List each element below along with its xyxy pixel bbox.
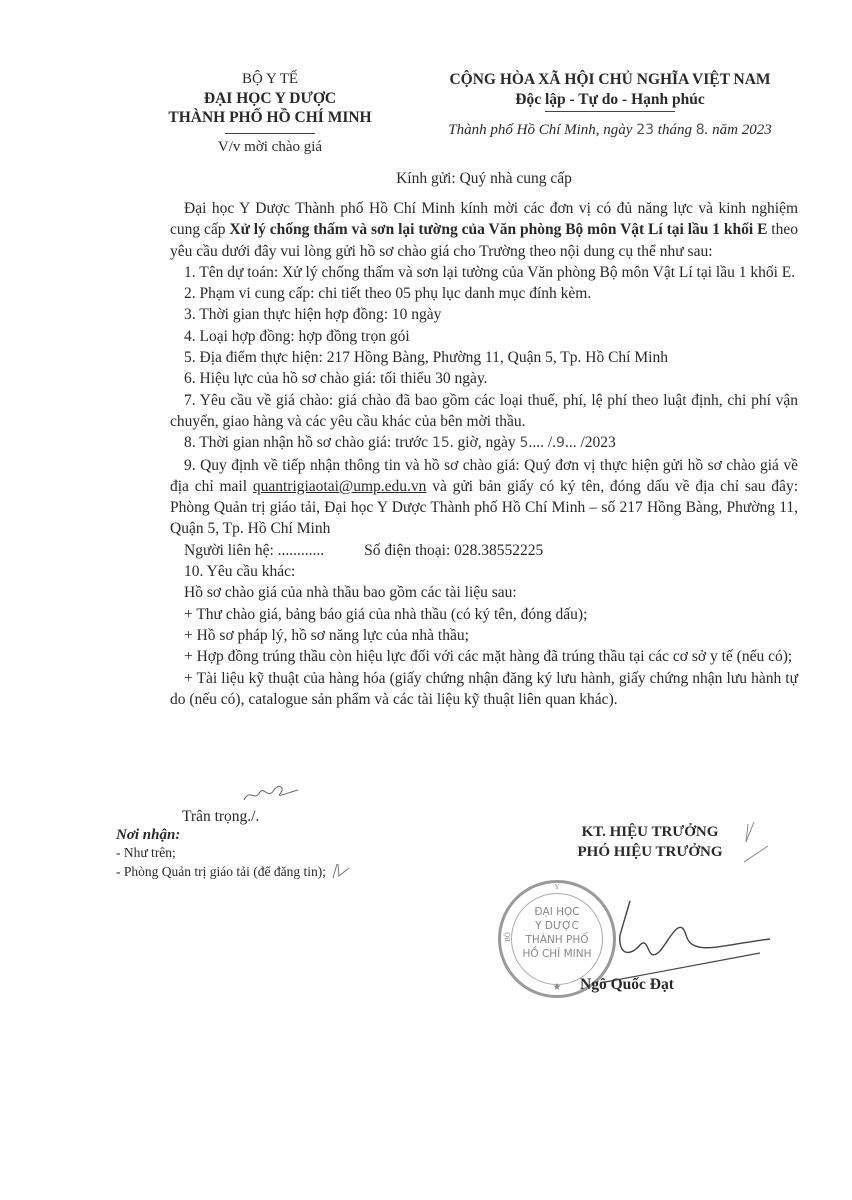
signer-title-line2: PHÓ HIỆU TRƯỞNG <box>540 842 760 862</box>
project-title: Xử lý chống thấm và sơn lại tường của Vă… <box>229 221 767 238</box>
stamp-text: ĐẠI HỌC Y DƯỢC THÀNH PHỐ HỒ CHÍ MINH <box>501 905 613 961</box>
date-year: . năm 2023 <box>705 122 772 138</box>
signer-title: KT. HIỆU TRƯỞNG PHÓ HIỆU TRƯỞNG <box>540 822 760 862</box>
date-month-handwritten: 8 <box>696 122 705 138</box>
contact-row: Người liên hệ: ............ Số điện thoạ… <box>170 540 798 561</box>
item-8-label: 8. Thời gian nhận hồ sơ chào giá: trước <box>184 434 432 451</box>
intro-paragraph: Đại học Y Dược Thành phố Hồ Chí Minh kín… <box>170 198 798 262</box>
ministry-name: BỘ Y TẾ <box>150 70 390 89</box>
email-link[interactable]: quantrigiaotai@ump.edu.vn <box>253 478 427 495</box>
closing: Trân trọng./. <box>182 808 259 826</box>
stamp-top-text: Y <box>501 883 613 891</box>
national-header: CỘNG HÒA XÃ HỘI CHỦ NGHĨA VIỆT NAM Độc l… <box>420 70 800 140</box>
recipient-item: - Như trên; <box>116 844 351 862</box>
item-8-sep: .... /. <box>528 434 556 451</box>
deadline-month-handwritten: 9 <box>556 435 565 451</box>
item-8: 8. Thời gian nhận hồ sơ chào giá: trước … <box>170 432 798 454</box>
recipient-item-text: - Phòng Quản trị giáo tải (để đăng tin); <box>116 864 326 879</box>
date-month-label: tháng <box>654 122 696 138</box>
item-1: 1. Tên dự toán: Xử lý chống thấm và sơn … <box>170 262 798 283</box>
stamp-line: HỒ CHÍ MINH <box>501 947 613 961</box>
required-doc: + Hồ sơ pháp lý, hồ sơ năng lực của nhà … <box>170 625 798 646</box>
required-doc: + Tài liệu kỹ thuật của hàng hóa (giấy c… <box>170 668 798 711</box>
deadline-hour-handwritten: 15 <box>432 435 450 451</box>
document-subject: V/v mời chào giá <box>150 138 390 157</box>
recipients-block: Nơi nhận: - Như trên; - Phòng Quản trị g… <box>116 826 351 881</box>
stamp-line: Y DƯỢC <box>501 919 613 933</box>
country-name: CỘNG HÒA XÃ HỘI CHỦ NGHĨA VIỆT NAM <box>420 70 800 90</box>
stamp-line: THÀNH PHỐ <box>501 933 613 947</box>
item-8-mid: . giờ, ngày <box>450 434 520 451</box>
recipients-title: Nơi nhận: <box>116 826 351 844</box>
issuer-header: BỘ Y TẾ ĐẠI HỌC Y DƯỢC THÀNH PHỐ HỒ CHÍ … <box>150 70 390 157</box>
item-5: 5. Địa điểm thực hiện: 217 Hồng Bàng, Ph… <box>170 347 798 368</box>
item-6: 6. Hiệu lực của hồ sơ chào giá: tối thiể… <box>170 368 798 389</box>
item-9: 9. Quy định về tiếp nhận thông tin và hồ… <box>170 455 798 540</box>
university-name-line2: THÀNH PHỐ HỒ CHÍ MINH <box>150 108 390 127</box>
letter-body: Đại học Y Dược Thành phố Hồ Chí Minh kín… <box>170 198 798 710</box>
date-line: Thành phố Hồ Chí Minh, ngày 23 tháng 8. … <box>420 120 800 140</box>
stamp-line: ĐẠI HỌC <box>501 905 613 919</box>
required-doc: + Hợp đồng trúng thầu còn hiệu lực đối v… <box>170 646 798 667</box>
item-2: 2. Phạm vi cung cấp: chi tiết theo 05 ph… <box>170 283 798 304</box>
item-10-intro: Hồ sơ chào giá của nhà thầu bao gồm các … <box>170 582 798 603</box>
initial-mark-icon <box>329 862 351 880</box>
salutation: Kính gửi: Quý nhà cung cấp <box>170 170 798 188</box>
recipient-item: - Phòng Quản trị giáo tải (để đăng tin); <box>116 862 351 881</box>
signer-title-line1: KT. HIỆU TRƯỞNG <box>540 822 760 842</box>
item-3: 3. Thời gian thực hiện hợp đồng: 10 ngày <box>170 304 798 325</box>
university-name-line1: ĐẠI HỌC Y DƯỢC <box>150 89 390 108</box>
date-day-handwritten: 23 <box>636 122 654 138</box>
item-7: 7. Yêu cầu về giá chào: giá chào đã bao … <box>170 390 798 433</box>
contact-person: Người liên hệ: ............ <box>184 540 324 561</box>
date-prefix: Thành phố Hồ Chí Minh, ngày <box>448 122 636 138</box>
required-doc: + Thư chào giá, bảng báo giá của nhà thầ… <box>170 604 798 625</box>
header-divider <box>225 133 315 134</box>
initial-mark-icon <box>740 820 770 866</box>
signer-name: Ngô Quốc Đạt <box>580 976 674 994</box>
motto-underline <box>545 111 675 112</box>
contact-phone: Số điện thoại: 028.38552225 <box>364 540 543 561</box>
item-4: 4. Loại hợp đồng: hợp đồng trọn gói <box>170 326 798 347</box>
national-motto: Độc lập - Tự do - Hạnh phúc <box>515 90 704 110</box>
initial-signature-icon <box>240 782 300 806</box>
item-10-title: 10. Yêu cầu khác: <box>170 561 798 582</box>
item-8-year: ... /2023 <box>565 434 616 451</box>
